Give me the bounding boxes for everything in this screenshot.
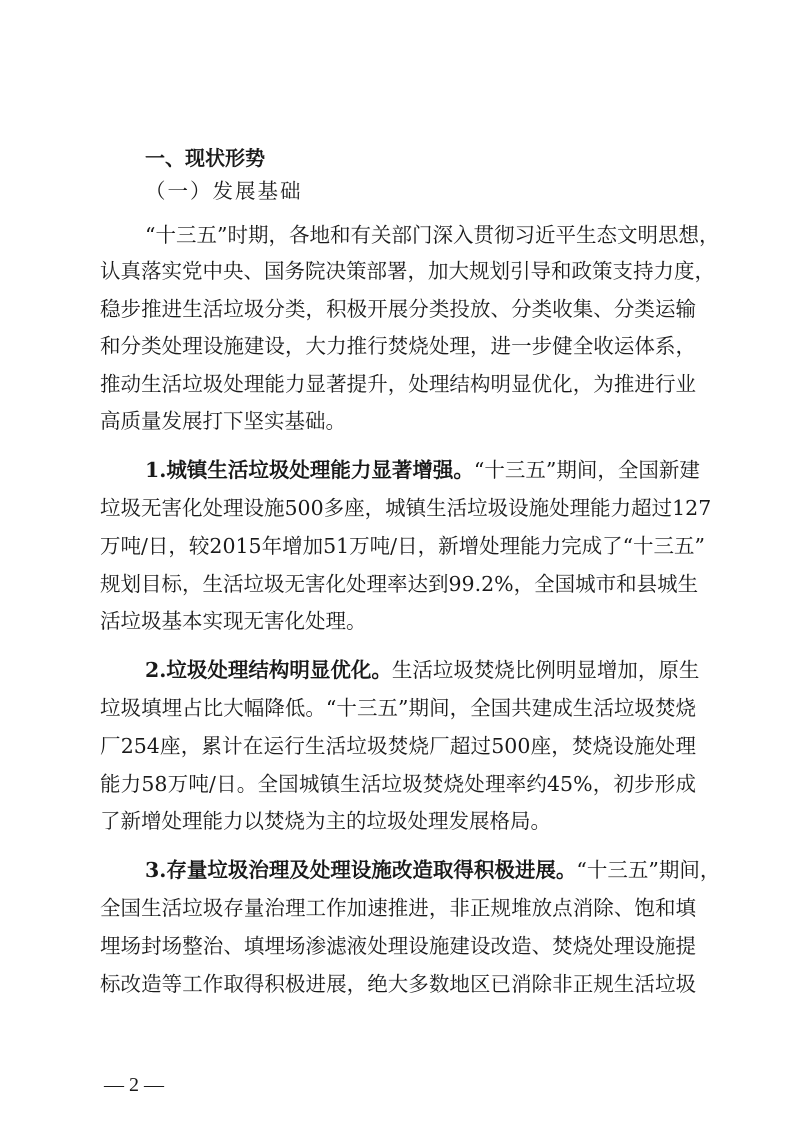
- item-title: 3.存量垃圾治理及处理设施改造取得积极进展。: [145, 858, 576, 882]
- subsection-heading: （一）发展基础: [145, 178, 303, 204]
- paragraph-line: 活垃圾基本实现无害化处理。: [100, 608, 696, 634]
- page-number: — 2 —: [104, 1074, 164, 1097]
- paragraph-line: 3.存量垃圾治理及处理设施改造取得积极进展。“十三五”期间，: [145, 857, 696, 883]
- paragraph-line: 埋场封场整治、填埋场渗滤液处理设施建设改造、焚烧处理设施提: [100, 933, 696, 959]
- paragraph-line: 垃圾填埋占比大幅降低。“十三五”期间，全国共建成生活垃圾焚烧: [100, 695, 696, 721]
- paragraph-line: 规划目标，生活垃圾无害化处理率达到99.2%，全国城市和县城生: [100, 571, 696, 597]
- item-title: 2.垃圾处理结构明显优化。: [145, 658, 392, 682]
- paragraph-line: 能力58万吨/日。全国城镇生活垃圾焚烧处理率约45%，初步形成: [100, 771, 696, 797]
- paragraph-line: 标改造等工作取得积极进展，绝大多数地区已消除非正规生活垃圾: [100, 971, 696, 997]
- paragraph-line: 全国生活垃圾存量治理工作加速推进，非正规堆放点消除、饱和填: [100, 895, 696, 921]
- paragraph-line: 稳步推进生活垃圾分类，积极开展分类投放、分类收集、分类运输: [100, 296, 696, 322]
- item-text: “十三五”期间，全国新建: [474, 458, 700, 482]
- paragraph-line: 认真落实党中央、国务院决策部署，加大规划引导和政策支持力度，: [100, 258, 696, 284]
- item-text: “十三五”期间，: [576, 858, 720, 882]
- paragraph-line: 1.城镇生活垃圾处理能力显著增强。“十三五”期间，全国新建: [145, 457, 696, 483]
- paragraph-line: 2.垃圾处理结构明显优化。生活垃圾焚烧比例明显增加，原生: [145, 657, 696, 683]
- item-title: 1.城镇生活垃圾处理能力显著增强。: [145, 458, 474, 482]
- item-text: 生活垃圾焚烧比例明显增加，原生: [392, 658, 700, 682]
- paragraph-line: 高质量发展打下坚实基础。: [100, 408, 696, 434]
- paragraph-line: 万吨/日，较2015年增加51万吨/日，新增处理能力完成了“十三五”: [100, 533, 696, 559]
- paragraph-line: 了新增处理能力以焚烧为主的垃圾处理发展格局。: [100, 808, 696, 834]
- paragraph-line: 推动生活垃圾处理能力显著提升，处理结构明显优化，为推进行业: [100, 371, 696, 397]
- paragraph-line: 和分类处理设施建设，大力推行焚烧处理，进一步健全收运体系，: [100, 333, 696, 359]
- document-page: 一、现状形势 （一）发展基础 “十三五”时期，各地和有关部门深入贯彻习近平生态文…: [0, 0, 794, 1123]
- paragraph-line: “十三五”时期，各地和有关部门深入贯彻习近平生态文明思想，: [145, 222, 696, 248]
- paragraph-line: 垃圾无害化处理设施500多座，城镇生活垃圾设施处理能力超过127: [100, 495, 696, 521]
- section-heading: 一、现状形势: [145, 145, 265, 171]
- paragraph-line: 厂254座，累计在运行生活垃圾焚烧厂超过500座，焚烧设施处理: [100, 733, 696, 759]
